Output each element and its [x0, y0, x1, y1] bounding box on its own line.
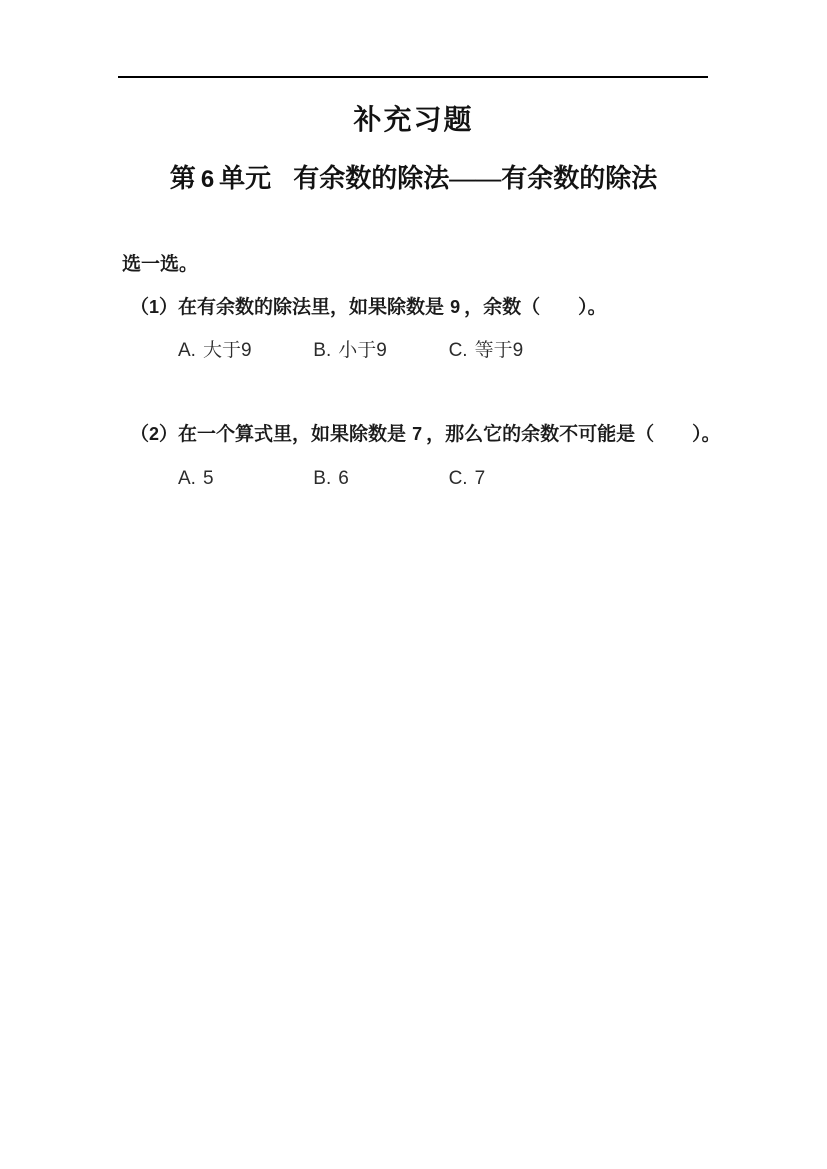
question-1-close-paren: ） [159, 297, 178, 318]
question-2-number: 2 [149, 424, 159, 444]
option-c-label: C. [449, 468, 468, 489]
question-1-inline-number: 9 [450, 297, 460, 317]
question-1-body-after: ，余数（ ）。 [464, 297, 607, 318]
question-2-option-c: C.7 [449, 467, 486, 492]
question-1-option-b: B.小于9 [313, 339, 443, 364]
option-b-text: 小于9 [338, 340, 387, 361]
question-2: （2）在一个算式里，如果除数是7，那么它的余数不可能是（ ）。 A.5 B.6 … [0, 422, 827, 492]
unit-subtitle: 第6单元有余数的除法——有余数的除法 [0, 162, 827, 196]
option-a-label: A. [178, 340, 196, 361]
option-b-text: 6 [338, 468, 349, 489]
question-2-options: A.5 B.6 C.7 [178, 467, 827, 492]
question-2-option-b: B.6 [313, 467, 443, 492]
question-2-open-paren: （ [130, 424, 149, 445]
question-1-body-before: 在有余数的除法里，如果除数是 [178, 297, 444, 318]
option-a-text: 5 [203, 468, 214, 489]
option-b-label: B. [313, 340, 331, 361]
worksheet-page: 补充习题 第6单元有余数的除法——有余数的除法 选一选。 （1）在有余数的除法里… [0, 0, 827, 1169]
option-c-text: 7 [475, 468, 486, 489]
unit-topic: 有余数的除法——有余数的除法 [293, 164, 657, 193]
page-title: 补充习题 [0, 103, 827, 140]
question-1: （1）在有余数的除法里，如果除数是9，余数（ ）。 A.大于9 B.小于9 C.… [0, 295, 827, 363]
unit-prefix: 第 [170, 164, 196, 193]
option-c-label: C. [449, 340, 468, 361]
option-b-label: B. [313, 468, 331, 489]
question-1-option-a: A.大于9 [178, 339, 308, 364]
question-2-inline-number: 7 [412, 424, 422, 444]
unit-suffix: 单元 [219, 164, 271, 193]
question-1-open-paren: （ [130, 297, 149, 318]
question-2-body-before: 在一个算式里，如果除数是 [178, 424, 406, 445]
question-2-close-paren: ） [159, 424, 178, 445]
section-heading: 选一选。 [122, 252, 827, 278]
header-rule [118, 76, 708, 78]
question-1-number: 1 [149, 297, 159, 317]
option-a-label: A. [178, 468, 196, 489]
question-2-text: （2）在一个算式里，如果除数是7，那么它的余数不可能是（ ）。 [130, 422, 827, 448]
question-1-option-c: C.等于9 [449, 339, 524, 364]
option-a-text: 大于9 [203, 340, 252, 361]
question-1-text: （1）在有余数的除法里，如果除数是9，余数（ ）。 [130, 295, 827, 321]
unit-number: 6 [201, 166, 214, 193]
option-c-text: 等于9 [475, 340, 524, 361]
question-2-body-after: ，那么它的余数不可能是（ ）。 [426, 424, 721, 445]
question-2-option-a: A.5 [178, 467, 308, 492]
question-1-options: A.大于9 B.小于9 C.等于9 [178, 339, 827, 364]
